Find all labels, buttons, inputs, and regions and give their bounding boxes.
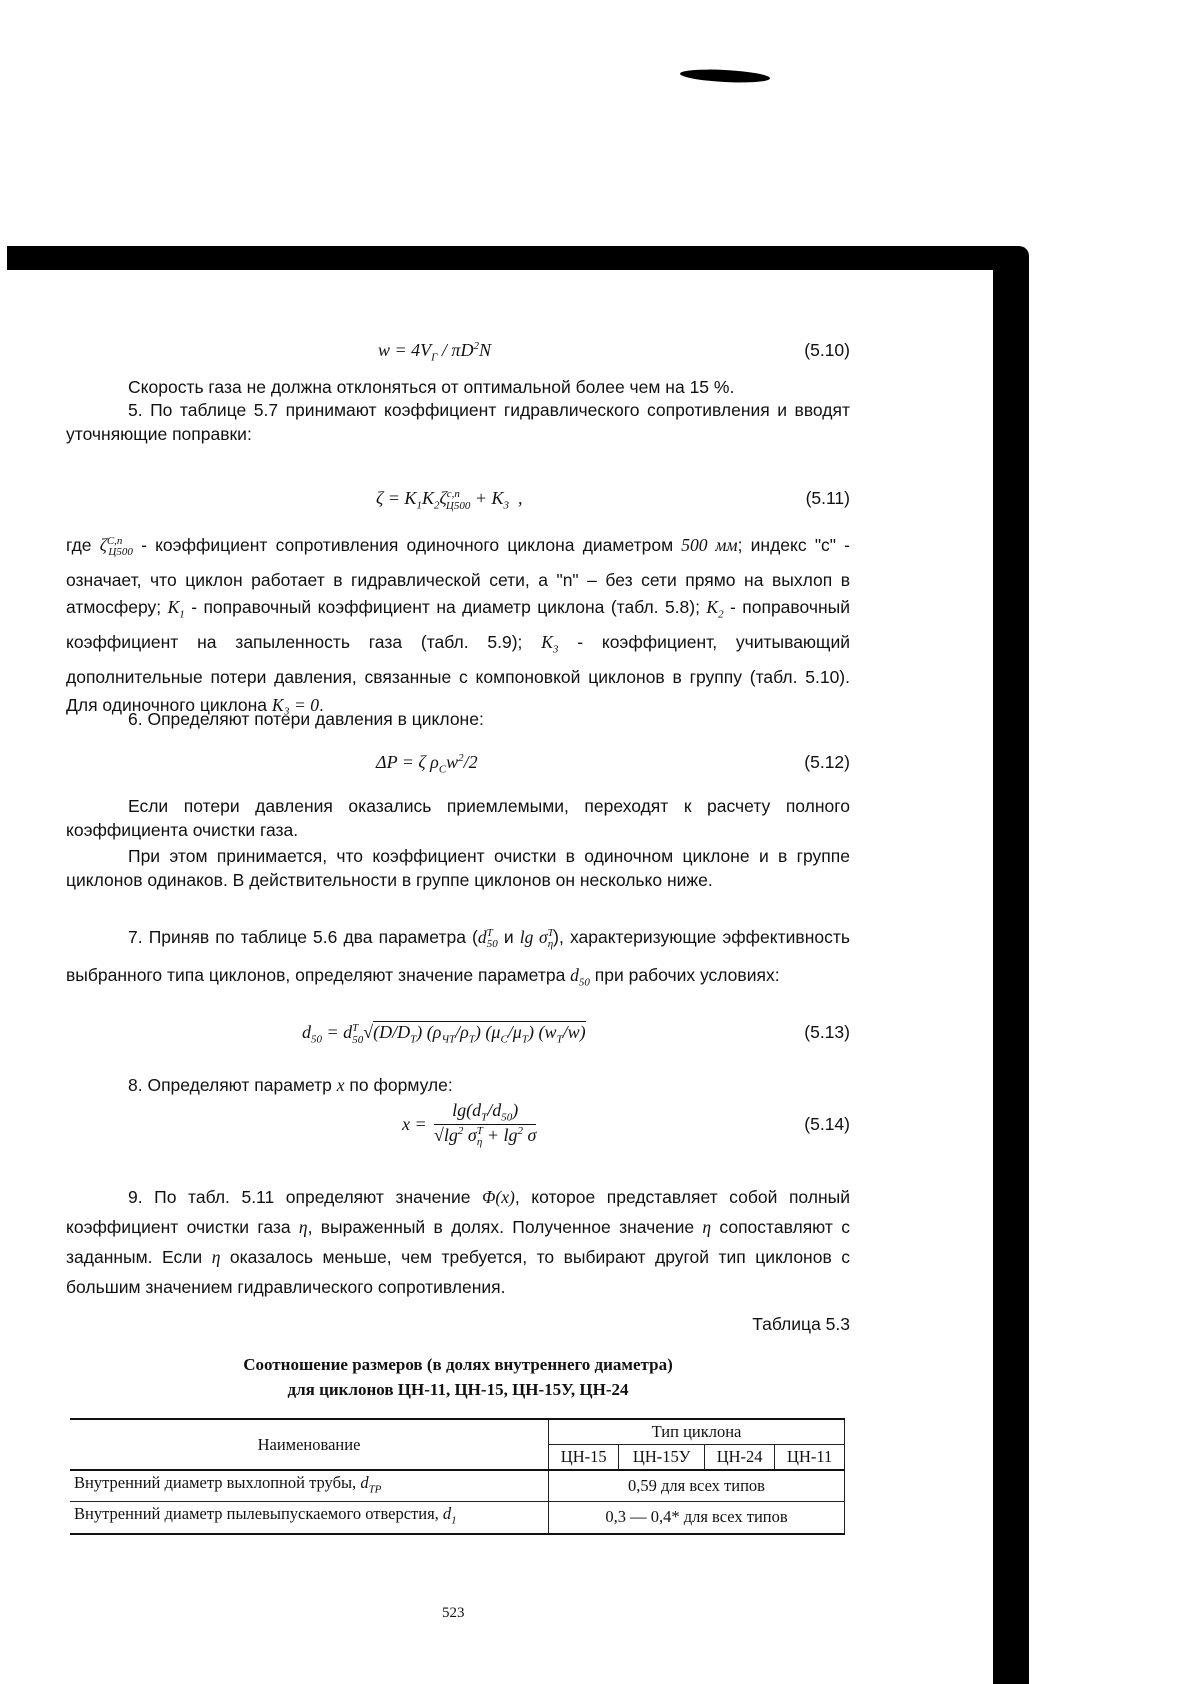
paragraph-speed: Скорость газа не должна отклоняться от о… <box>66 374 850 401</box>
header-type-1: ЦН-15У <box>619 1445 704 1471</box>
row-name: Внутренний диаметр пылевыпускаемого отве… <box>70 1502 549 1534</box>
paragraph-where: где ζС,пЦ500 - коэффициент сопротивления… <box>66 528 850 719</box>
equation-5-11: ζ = K1K2ζс,пЦ500 + K3 , (5.11) <box>66 488 850 518</box>
table-title-line-2: для циклонов ЦН-11, ЦН-15, ЦН-15У, ЦН-24 <box>66 1377 850 1402</box>
equation-5-14: x = lg(dT/d50) √lg2 σTη + lg2 σ (5.14) <box>66 1100 850 1170</box>
formula: ΔP = ζ ρCw2/2 <box>376 752 478 776</box>
paragraph-step-8: 8. Определяют параметр x по формуле: <box>66 1072 850 1099</box>
formula: ζ = K1K2ζс,пЦ500 + K3 , <box>376 488 523 512</box>
equation-5-12: ΔP = ζ ρCw2/2 (5.12) <box>66 752 850 782</box>
equation-number: (5.12) <box>804 752 850 773</box>
symbol-zeta-500: ζС,пЦ500 <box>100 535 133 555</box>
formula: d50 = dT50√(D/DT) (ρЧТ/ρT) (μC/μT) (wT/w… <box>302 1022 586 1046</box>
header-type-2: ЦН-24 <box>704 1445 774 1471</box>
row-value: 0,3 — 0,4* для всех типов <box>549 1502 845 1534</box>
scan-border-right <box>993 246 1029 1684</box>
table-row: Внутренний диаметр пылевыпускаемого отве… <box>70 1502 845 1534</box>
header-type-0: ЦН-15 <box>549 1445 619 1471</box>
scan-blot <box>680 68 771 85</box>
paragraph-step-7: 7. Приняв по таблице 5.6 два параметра (… <box>66 918 850 999</box>
row-name: Внутренний диаметр выхлопной трубы, dТР <box>70 1470 549 1502</box>
equation-5-10: w = 4VГ / πD2N (5.10) <box>66 340 850 370</box>
table-label: Таблица 5.3 <box>752 1314 850 1335</box>
table-row: Внутренний диаметр выхлопной трубы, dТР … <box>70 1470 845 1502</box>
formula: w = 4VГ / πD2N <box>378 340 491 364</box>
table-header-row: Наименование Тип циклона <box>70 1419 845 1445</box>
header-type-3: ЦН-11 <box>775 1445 845 1471</box>
header-name: Наименование <box>70 1419 549 1470</box>
paragraph-step-5: 5. По таблице 5.7 принимают коэффициент … <box>66 398 850 446</box>
row-value: 0,59 для всех типов <box>549 1470 845 1502</box>
page-number: 523 <box>442 1605 465 1622</box>
formula: lg(dT/d50) √lg2 σTη + lg2 σ <box>434 1100 536 1148</box>
paragraph-if-acceptable: Если потери давления оказались приемлемы… <box>66 794 850 842</box>
equation-number: (5.14) <box>804 1114 850 1135</box>
paragraph-step-6: 6. Определяют потери давления в циклоне: <box>66 706 850 733</box>
equation-number: (5.10) <box>804 340 850 361</box>
scan-border-top <box>7 246 1027 270</box>
paragraph-step-9: 9. По табл. 5.11 определяют значение Φ(x… <box>66 1182 850 1302</box>
equation-5-13: d50 = dT50√(D/DT) (ρЧТ/ρT) (μC/μT) (wT/w… <box>66 1022 850 1052</box>
paragraph-assume: При этом принимается, что коэффициент оч… <box>66 844 850 892</box>
table-title-line-1: Соотношение размеров (в долях внутреннег… <box>66 1352 850 1377</box>
table-5-3: Наименование Тип циклона ЦН-15 ЦН-15У ЦН… <box>70 1418 845 1535</box>
equation-number: (5.13) <box>804 1022 850 1043</box>
header-cyclone-type: Тип циклона <box>549 1419 845 1445</box>
equation-number: (5.11) <box>806 488 850 509</box>
